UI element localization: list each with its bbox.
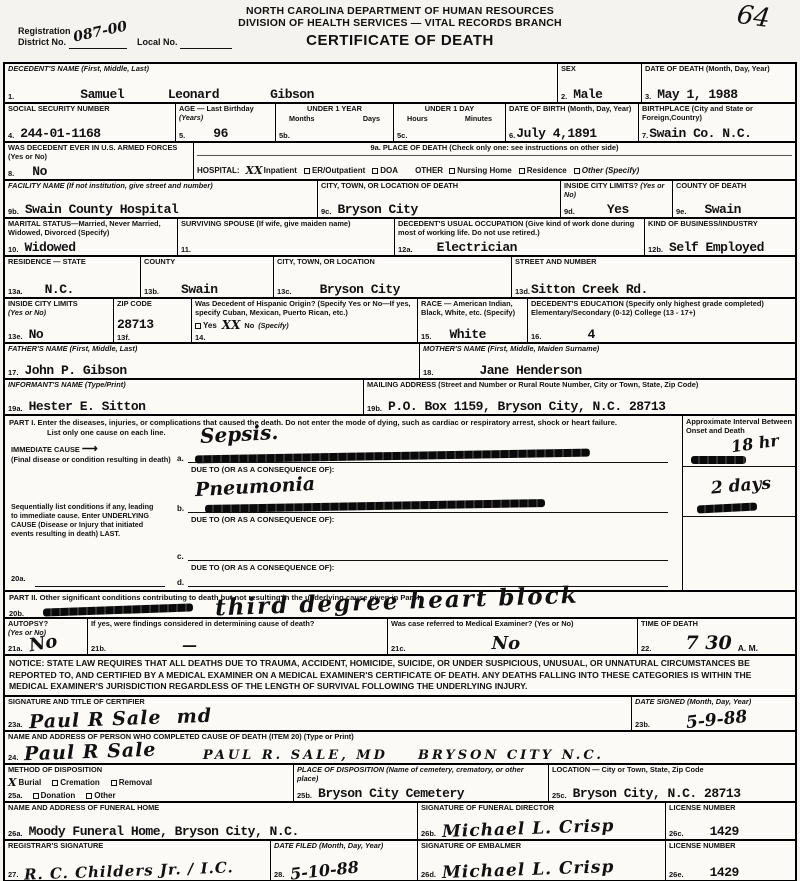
field-decedent-name: DECEDENT'S NAME (First, Middle, Last) 1.… [5,64,557,102]
armed-forces-value: No [32,165,47,178]
registration-label: Registration [18,26,71,36]
other-prefix: OTHER [415,166,443,175]
decedent-name-label: DECEDENT'S NAME (First, Middle, Last) [8,65,554,74]
cause-line-a [188,462,668,463]
field-number: 3. [645,92,651,101]
line-d-letter: d. [177,578,184,587]
sex-value: Male [573,88,602,101]
checkbox-icon [86,793,92,799]
field-mother-name: MOTHER'S NAME (First, Middle, Maiden Sur… [419,344,795,378]
field-street-number: STREET AND NUMBER 13d.Sitton Creek Rd. [511,257,795,297]
registrar-signature-label: REGISTRAR'S SIGNATURE [8,842,267,851]
field-disposition-location: LOCATION — City or Town, State, Zip Code… [548,765,795,801]
field-number: 26c. [669,829,684,838]
residence-state-label: RESIDENCE — STATE [8,258,137,267]
zip-code-label: ZIP CODE [117,300,188,309]
age-label: AGE — Last Birthday(Years) [179,105,272,122]
field-number: 1. [8,92,14,101]
field-number: 15. [421,332,431,341]
field-time-of-death: TIME OF DEATH 22.7 30A. M. [637,619,795,654]
hispanic-origin-label: Was Decedent of Hispanic Origin? (Specif… [195,300,414,317]
embalmer-signature-value: Michael L. Crisp [442,859,615,880]
field-sex: SEX 2.Male [557,64,641,102]
death-certificate-scan: NORTH CAROLINA DEPARTMENT OF HUMAN RESOU… [0,0,800,881]
industry-value: Self Employed [669,241,764,254]
am-pm-label: A. M. [738,643,758,653]
field-number: 2. [561,92,567,101]
line-b-letter: b. [177,504,184,513]
xx-mark: XX [246,165,263,176]
checkbox-icon [33,793,39,799]
checkbox-icon [574,168,580,174]
date-filed-value: 5-10-88 [290,859,360,880]
hospital-prefix: HOSPITAL: [197,166,240,175]
field-hispanic-origin: Was Decedent of Hispanic Origin? (Specif… [191,299,417,342]
scribble-mark [697,502,757,513]
residence-county-label: COUNTY [144,258,270,267]
certificate-form: DECEDENT'S NAME (First, Middle, Last) 1.… [3,62,797,881]
field-number: 26e. [669,870,684,879]
field-number: 9b. [8,207,19,216]
checkbox-icon [449,168,455,174]
marital-status-label: MARITAL STATUS—Married, Never Married, W… [8,220,174,237]
field-under-1-day: UNDER 1 DAY HoursMinutes 5c. [393,104,505,141]
sex-label: SEX [561,65,638,74]
field-number: 13f. [117,333,188,342]
inside-limits-value: Yes [607,203,629,216]
field-number: 12a. [398,245,413,254]
date-of-birth-label: DATE OF BIRTH (Month, Day, Year) [509,105,635,114]
field-number: 9e. [676,207,686,216]
months-label: Months [289,114,315,123]
part1-header2: List only one cause on each line. [47,428,166,437]
arrow-icon: ⟶ [82,443,98,455]
race-value: White [449,328,486,341]
registrar-signature-value: R. C. Childers Jr. / I.C. [24,860,234,880]
field-number: 28. [274,870,284,879]
city-of-death-label: CITY, TOWN, OR LOCATION OF DEATH [321,182,557,191]
city-of-death-value: Bryson City [337,203,417,216]
date-of-death-label: DATE OF DEATH (Month, Day, Year) [645,65,792,74]
checkbox-cremation: Cremation [52,777,100,788]
armed-forces-label: WAS DECEDENT EVER IN U.S. ARMED FORCES (… [8,144,190,161]
sequential-label: Sequentially list conditions if any, lea… [11,502,161,538]
zip-code-value: 28713 [117,317,154,332]
birthplace-label: BIRTHPLACE (City and State or Foreign,Co… [642,105,792,122]
donation-label: Donation [41,791,76,800]
checkbox-inpatient-marked: XXInpatient [246,165,297,176]
field-number: 26b. [421,829,436,838]
line-c-letter: c. [177,552,184,561]
date-of-death-value: May 1, 1988 [657,88,737,101]
marital-status-value: Widowed [24,241,75,254]
scribble-mark [691,456,746,464]
interval-divider [683,466,795,467]
checkbox-hispanic-yes: Yes [195,321,217,330]
county-of-death-value: Swain [704,203,741,216]
registration-district: Registration District No. 087-00 Local N… [18,26,232,49]
findings-label: If yes, were findings considered in dete… [91,620,384,629]
field-number: 18. [423,368,433,377]
license-number-label: LICENSE NUMBER [669,804,792,813]
field-certifier-signature: SIGNATURE AND TITLE OF CERTIFIER 23a.Pau… [5,697,631,730]
field-residence-county: COUNTY 13b.Swain [140,257,273,297]
informant-name-value: Hester E. Sitton [29,400,146,413]
page-number-handwritten: 64 [735,0,772,34]
field-under-1-year: UNDER 1 YEAR MonthsDays 5b. [275,104,393,141]
referred-label: Was case referred to Medical Examiner? (… [391,620,634,629]
line-20a [35,586,165,587]
residence-city-label: CITY, TOWN, OR LOCATION [277,258,508,267]
field-number: 6. [509,131,515,140]
interval-column: Approximate Interval Between Onset and D… [682,416,795,590]
field-county-of-death: COUNTY OF DEATH 9e.Swain [672,181,795,217]
checkbox-burial-marked: XBurial [8,777,41,788]
district-no-blank: 087-00 [69,39,127,49]
autopsy-value: No [27,633,58,654]
medical-examiner-notice: NOTICE: STATE LAW REQUIRES THAT ALL DEAT… [5,654,795,695]
field-number: 5b. [279,131,290,140]
place-of-death-options: HOSPITAL: XXInpatient ER/Outpatient DOA … [197,165,792,179]
date-signed-value: 5-9-88 [685,709,748,730]
field-number: 25b. [297,791,312,800]
field-date-signed: DATE SIGNED (Month, Day, Year) 23b.5-9-8… [631,697,795,730]
er-label: ER/Outpatient [312,166,365,175]
certifier-signature-value: Paul R Sale md [28,707,212,730]
field-funeral-home: NAME AND ADDRESS OF FUNERAL HOME 26a.Moo… [5,803,417,839]
license-number-value: 1429 [710,866,739,879]
field-findings-considered: If yes, were findings considered in dete… [87,619,387,654]
specify-label: (Specify) [258,321,288,330]
county-of-death-label: COUNTY OF DEATH [676,182,792,191]
field-funeral-director-signature: SIGNATURE OF FUNERAL DIRECTOR 26b.Michae… [417,803,665,839]
mother-name-label: MOTHER'S NAME (First, Middle, Maiden Sur… [423,345,792,354]
district-label: District No. [18,37,66,47]
funeral-home-label: NAME AND ADDRESS OF FUNERAL HOME [8,804,414,813]
line-a-letter: a. [177,454,184,463]
nursing-home-label: Nursing Home [457,166,512,175]
occupation-value: Electrician [437,241,517,254]
immediate-cause-label: IMMEDIATE CAUSE ⟶ (Final disease or cond… [11,442,171,464]
field-number: 11. [181,245,191,254]
field-registrar-signature: REGISTRAR'S SIGNATURE 27.R. C. Childers … [5,841,270,880]
field-residence-inside-limits: INSIDE CITY LIMITS(Yes or No) 13e.No [5,299,113,342]
field-number: 16. [531,332,541,341]
field-residence-state: RESIDENCE — STATE 13a.N.C. [5,257,140,297]
local-no-blank [180,39,232,49]
other-label: Other [94,791,115,800]
checkbox-icon [195,323,201,329]
residence-county-value: Swain [181,283,218,296]
certifier-signature-label: SIGNATURE AND TITLE OF CERTIFIER [8,698,628,707]
field-number: 27. [8,870,18,879]
interval-b-value: 2 days [710,475,771,497]
field-inside-city-limits: INSIDE CITY LIMITS? (Yes or No) 9d.Yes [560,181,672,217]
field-number: 22. [641,644,651,653]
checkbox-removal: Removal [111,777,152,788]
facility-value: Swain County Hospital [25,203,178,216]
field-usual-occupation: DECEDENT'S USUAL OCCUPATION (Give kind o… [394,219,644,255]
disposition-location-value: Bryson City, N.C. 28713 [573,787,741,800]
checkbox-icon [111,780,117,786]
date-signed-label: DATE SIGNED (Month, Day, Year) [635,698,792,707]
field-number: 13a. [8,287,23,296]
checkbox-doa: DOA [372,166,398,175]
field-age: AGE — Last Birthday(Years) 5.96 [175,104,275,141]
hispanic-origin-options: Yes XX No (Specify) [195,319,414,331]
education-label: DECEDENT'S EDUCATION (Specify only highe… [531,300,792,317]
checkbox-other: Other (Specify) [574,166,639,175]
field-residence-city: CITY, TOWN, OR LOCATION 13c.Bryson City [273,257,511,297]
yes-label: Yes [203,321,217,330]
other-label: Other (Specify) [582,166,639,175]
field-number: 4. [8,131,14,140]
field-number: 23b. [635,720,650,729]
cause-line-c [188,560,668,561]
field-number: 5c. [397,131,407,140]
street-number-label: STREET AND NUMBER [515,258,792,267]
scribble-mark [205,499,545,513]
under-1-day-label: UNDER 1 DAY [397,105,502,114]
field-number: 13b. [144,287,159,296]
field-number: 8. [8,169,14,178]
mother-name-value: Jane Henderson [479,364,581,377]
part1-cause-of-death: PART I. Enter the diseases, injuries, or… [5,414,795,590]
field-number: 7. [642,131,648,140]
field-armed-forces: WAS DECEDENT EVER IN U.S. ARMED FORCES (… [5,143,193,179]
field-number: 9d. [564,207,575,216]
field-number: 26a. [8,829,23,838]
race-label: RACE — American Indian, Black, White, et… [421,300,524,317]
facility-label: FACILITY NAME (If not institution, give … [8,182,314,191]
residence-label: Residence [527,166,567,175]
field-birthplace: BIRTHPLACE (City and State or Foreign,Co… [638,104,795,141]
date-filed-label: DATE FILED (Month, Day, Year) [274,842,414,851]
cause-line-b [188,512,668,513]
field-number: 14. [195,333,414,342]
funeral-director-label: SIGNATURE OF FUNERAL DIRECTOR [421,804,662,813]
inpatient-label: Inpatient [264,166,297,175]
field-education: DECEDENT'S EDUCATION (Specify only highe… [527,299,795,342]
birthplace-value: Swain Co. N.C. [649,127,751,140]
time-of-death-label: TIME OF DEATH [641,620,792,629]
disposition-options-row1: XBurial Cremation Removal [8,777,290,788]
x-mark: X [8,777,17,788]
field-number: 19a. [8,404,23,413]
checkbox-icon [519,168,525,174]
referred-value: No [492,635,520,653]
mailing-address-label: MAILING ADDRESS (Street and Number or Ru… [367,381,792,390]
days-label: Days [363,114,380,123]
field-number: 13c. [277,287,292,296]
cause-a-value: Sepsis. [200,422,279,446]
father-name-value: John P. Gibson [24,364,126,377]
field-number: 25c. [552,791,567,800]
field-number: 25a. [8,791,23,800]
age-value: 96 [213,127,228,140]
cremation-label: Cremation [60,778,100,787]
interval-a-value: 18 hr [730,433,780,456]
field-number: 23a. [8,720,23,729]
certificate-header: NORTH CAROLINA DEPARTMENT OF HUMAN RESOU… [0,0,800,62]
time-of-death-value: 7 30 [685,634,731,653]
field-autopsy: AUTOPSY?(Yes or No) 21a.No [5,619,87,654]
residence-inside-limits-value: No [29,328,44,341]
education-value: 4 [587,328,594,341]
checkbox-other-disposition: Other [86,791,115,800]
field-number: 12b. [648,245,663,254]
date-of-birth-value: July 4,1891 [516,127,596,140]
checkbox-icon [52,780,58,786]
inside-limits-label: INSIDE CITY LIMITS? (Yes or No) [564,182,669,199]
field-number: 21a. [8,644,23,653]
disposition-location-label: LOCATION — City or Town, State, Zip Code [552,766,792,775]
occupation-label: DECEDENT'S USUAL OCCUPATION (Give kind o… [398,220,641,237]
field-number: 19b. [367,404,382,413]
checkbox-icon [304,168,310,174]
field-date-of-birth: DATE OF BIRTH (Month, Day, Year) 6.July … [505,104,638,141]
street-number-value: Sitton Creek Rd. [531,283,648,296]
field-place-of-disposition: PLACE OF DISPOSITION (Name of cemetery, … [293,765,548,801]
license-number-value: 1429 [710,825,739,838]
field-place-of-death: 9a. PLACE OF DEATH (Check only one: see … [193,143,795,179]
father-name-label: FATHER'S NAME (First, Middle, Last) [8,345,416,354]
residence-city-value: Bryson City [320,283,400,296]
field-number: 5. [179,131,185,140]
embalmer-signature-label: SIGNATURE OF EMBALMER [421,842,662,851]
field-number: 10. [8,245,18,254]
field-license-number-director: LICENSE NUMBER 26c.1429 [665,803,795,839]
cause-completer-signature: Paul R Sale [24,740,157,762]
doa-label: DOA [380,166,398,175]
field-date-of-death: DATE OF DEATH (Month, Day, Year) 3.May 1… [641,64,795,102]
field-zip-code: ZIP CODE 2871313f. [113,299,191,342]
field-license-number-embalmer: LICENSE NUMBER 26e.1429 [665,841,795,880]
due-to-label-c: DUE TO (OR AS A CONSEQUENCE OF): [191,563,334,572]
field-race: RACE — American Indian, Black, White, et… [417,299,527,342]
interval-divider [683,516,795,517]
method-of-disposition-label: METHOD OF DISPOSITION [8,766,290,775]
surviving-spouse-label: SURVIVING SPOUSE (If wife, give maiden n… [181,220,391,229]
due-to-label-b: DUE TO (OR AS A CONSEQUENCE OF): [191,515,334,524]
place-of-disposition-value: Bryson City Cemetery [318,787,464,800]
mailing-address-value: P.O. Box 1159, Bryson City, N.C. 28713 [388,400,665,413]
field-method-of-disposition: METHOD OF DISPOSITION XBurial Cremation … [5,765,293,801]
removal-label: Removal [119,778,152,787]
decedent-name-value: Samuel Leonard Gibson [80,88,314,101]
findings-value: — [182,638,197,653]
residence-inside-limits-label: INSIDE CITY LIMITS(Yes or No) [8,300,110,317]
industry-label: KIND OF BUSINESS/INDUSTRY [648,220,792,229]
field-number: 21b. [91,644,106,653]
department-line1: NORTH CAROLINA DEPARTMENT OF HUMAN RESOU… [0,5,800,17]
field-number: 13d. [515,287,530,296]
field-cause-completer: NAME AND ADDRESS OF PERSON WHO COMPLETED… [5,732,795,763]
funeral-director-signature: Michael L. Crisp [442,818,615,839]
field-number-20b: 20b. [9,609,24,618]
field-number-20a: 20a. [11,574,26,583]
part2-other-conditions: PART II. Other significant conditions co… [5,590,795,617]
field-number: 21c. [391,644,406,653]
field-number: 17. [8,368,18,377]
license-number-label: LICENSE NUMBER [669,842,792,851]
field-ssn: SOCIAL SECURITY NUMBER 4.244-01-1168 [5,104,175,141]
field-medical-examiner-referred: Was case referred to Medical Examiner? (… [387,619,637,654]
field-marital-status: MARITAL STATUS—Married, Never Married, W… [5,219,177,255]
field-number: 26d. [421,870,436,879]
field-father-name: FATHER'S NAME (First, Middle, Last) 17.J… [5,344,419,378]
place-of-disposition-label: PLACE OF DISPOSITION (Name of cemetery, … [297,766,545,783]
place-of-death-header: 9a. PLACE OF DEATH (Check only one: see … [197,144,792,156]
local-no-label: Local No. [137,37,178,47]
field-business-industry: KIND OF BUSINESS/INDUSTRY 12b.Self Emplo… [644,219,795,255]
informant-name-label: INFORMANT'S NAME (Type/Print) [8,381,360,390]
field-date-filed: DATE FILED (Month, Day, Year) 28.5-10-88 [270,841,417,880]
field-city-of-death: CITY, TOWN, OR LOCATION OF DEATH 9c.Brys… [317,181,560,217]
disposition-options-row2: 25a. Donation Other [8,791,290,801]
residence-state-value: N.C. [45,283,74,296]
checkbox-er-outpatient: ER/Outpatient [304,166,365,175]
cause-completer-printed: PAUL R. SALE, MD BRYSON CITY N.C. [203,749,604,762]
hours-label: Hours [407,114,428,123]
checkbox-residence: Residence [519,166,567,175]
field-surviving-spouse: SURVIVING SPOUSE (If wife, give maiden n… [177,219,394,255]
checkbox-icon [372,168,378,174]
cause-b-value: Pneumonia [195,475,316,500]
under-1-year-label: UNDER 1 YEAR [279,105,390,114]
checkbox-nursing-home: Nursing Home [449,166,512,175]
field-mailing-address: MAILING ADDRESS (Street and Number or Ru… [363,380,795,414]
minutes-label: Minutes [465,114,492,123]
field-embalmer-signature: SIGNATURE OF EMBALMER 26d.Michael L. Cri… [417,841,665,880]
ssn-label: SOCIAL SECURITY NUMBER [8,105,172,114]
no-label: No [244,321,254,330]
field-facility-name: FACILITY NAME (If not institution, give … [5,181,317,217]
field-number: 9c. [321,207,331,216]
field-informant-name: INFORMANT'S NAME (Type/Print) 19a.Hester… [5,380,363,414]
funeral-home-value: Moody Funeral Home, Bryson City, N.C. [29,825,299,838]
checkbox-donation: Donation [33,791,76,800]
scribble-mark [43,603,193,616]
xx-mark: XX [222,319,241,331]
burial-label: Burial [19,778,42,787]
ssn-value: 244-01-1168 [20,127,100,140]
part1-header: PART I. Enter the diseases, injuries, or… [9,418,669,427]
field-number: 24. [8,753,18,762]
field-number: 13e. [8,332,23,341]
